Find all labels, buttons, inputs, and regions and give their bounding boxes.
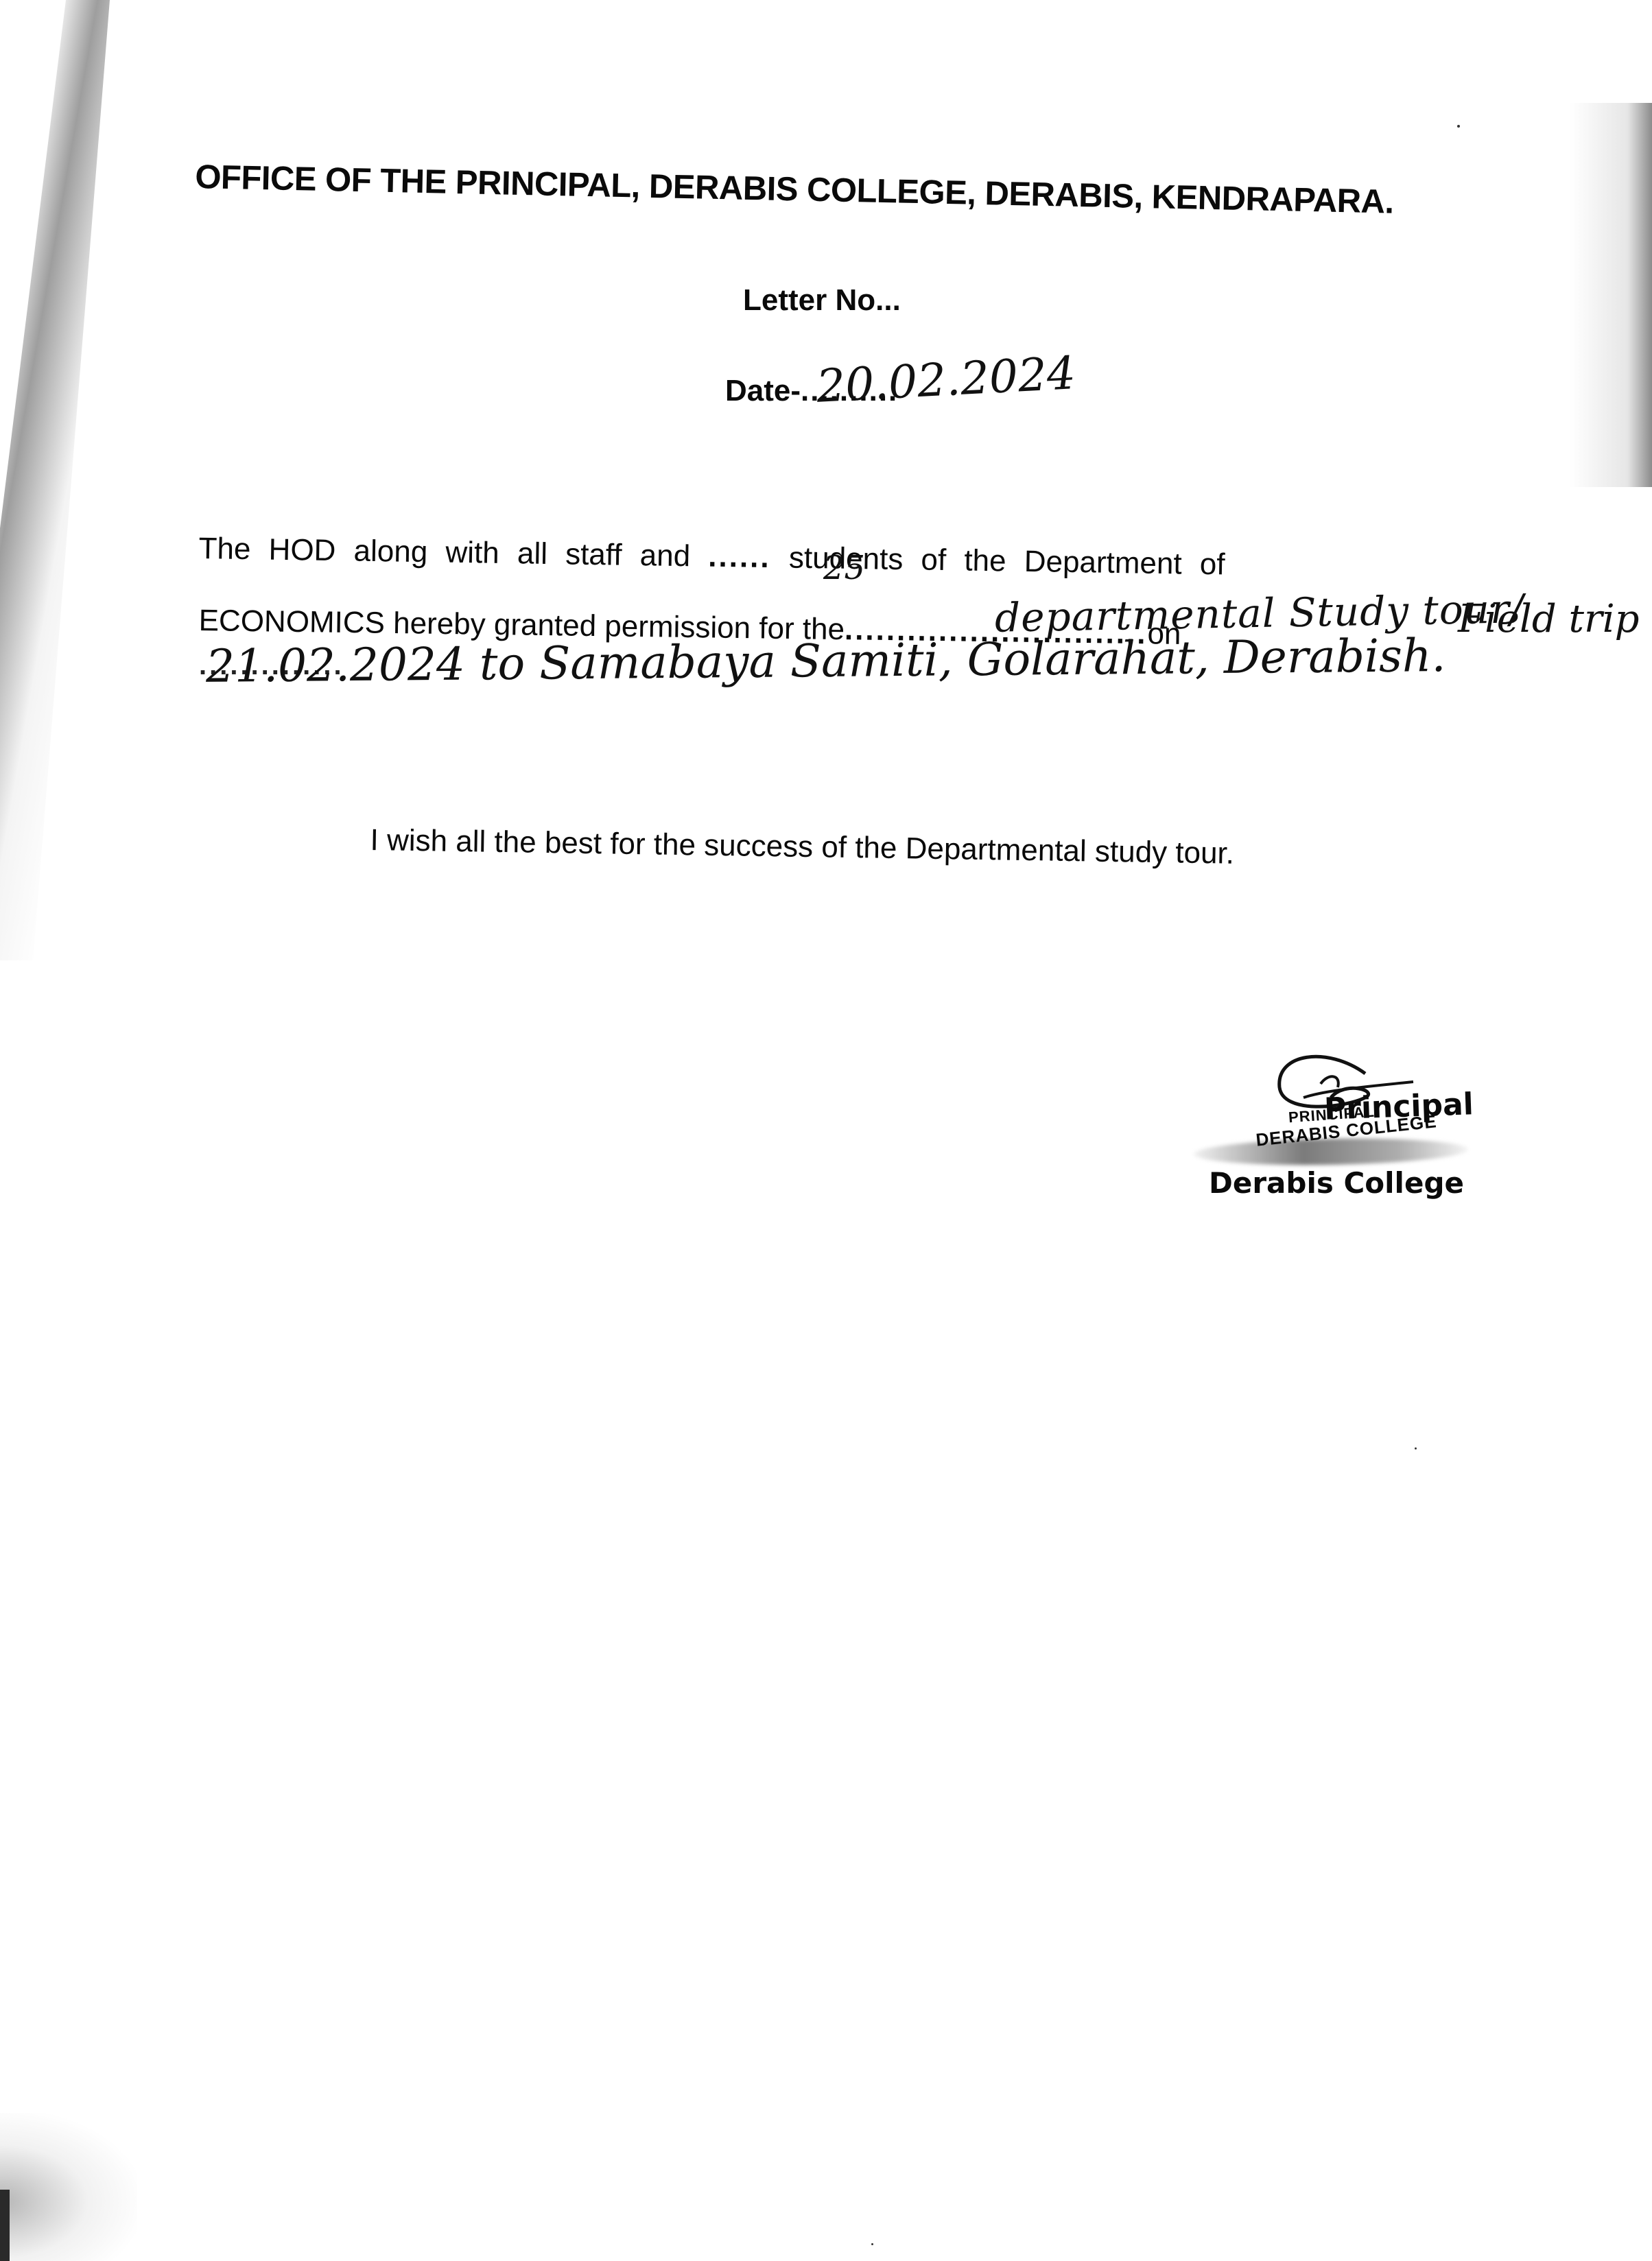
letterhead-title: OFFICE OF THE PRINCIPAL, DERABIS COLLEGE…: [195, 158, 1394, 222]
scan-speck: [871, 2243, 873, 2245]
scan-edge-mark: [0, 2190, 10, 2261]
handwritten-destination: to Samabaya Samiti, Golarahat, Derabish.: [480, 629, 1446, 690]
letter-number-label: Letter No...: [743, 283, 901, 318]
scan-shadow-right: [1570, 103, 1652, 487]
body-line-1: The HOD along with all staff and ...... …: [198, 532, 1225, 582]
signatory-institution: Derabis College: [1209, 1166, 1464, 1200]
closing-wish: I wish all the best for the success of t…: [370, 823, 1234, 871]
handwritten-date: 20.02.2024: [815, 346, 1076, 413]
handwritten-student-count: 25: [823, 549, 865, 587]
handwritten-field-trip: Field trip: [1458, 597, 1640, 641]
handwritten-trip-line: 21.02.2024 to Samabaya Samiti, Golarahat…: [206, 629, 1446, 693]
students-dots: ......: [708, 540, 771, 574]
scan-shadow-bottom: [0, 2113, 137, 2261]
scan-speck: [1457, 125, 1460, 128]
handwritten-trip-date: 21.02.2024: [206, 638, 466, 693]
date-label: Date-: [725, 374, 801, 407]
scan-speck: [1415, 1447, 1417, 1449]
scanned-letter-page: OFFICE OF THE PRINCIPAL, DERABIS COLLEGE…: [0, 0, 1652, 2261]
body-line-1-prefix: The HOD along with all staff and: [198, 532, 690, 573]
scan-shadow-left: [0, 0, 110, 960]
